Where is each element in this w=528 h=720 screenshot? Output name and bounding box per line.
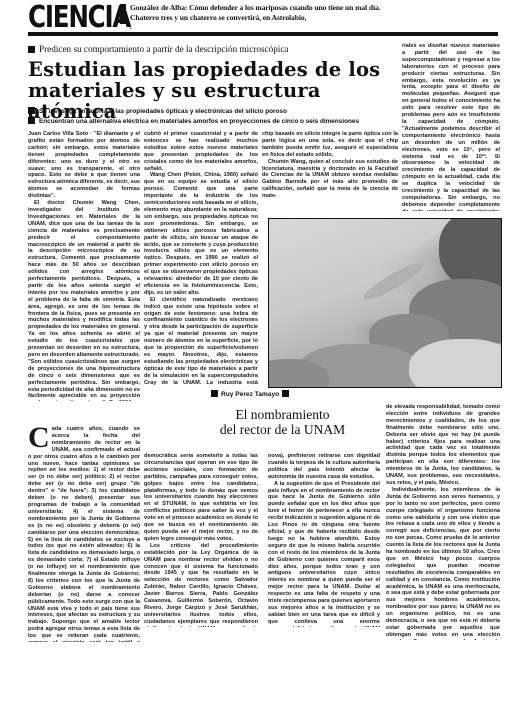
article1-column-3: chip basado en silicio integre la parte …	[262, 131, 398, 211]
article-photo	[268, 218, 502, 388]
article2-headline: El nombramiento del rector de la UNAM	[190, 407, 375, 437]
article2-column-1: C ada cuatro años, cuando se acerca la f…	[28, 426, 140, 642]
drop-cap: C	[28, 426, 50, 450]
square-bullet-icon	[28, 46, 35, 53]
article1-kicker: Predicen su comportamiento a partir de l…	[28, 44, 289, 54]
teaser-line: González de Alba: Cómo defender a los ma…	[130, 3, 510, 13]
article1-deck: Se investiga en la UNAM las propiedades …	[28, 107, 368, 116]
header-rule	[28, 32, 498, 36]
article2-column-2: democrática sería someterlo a todas las …	[144, 453, 258, 627]
square-bullet-icon	[28, 117, 35, 124]
teaser-line: Chaterro tres y un chaterro se convertir…	[130, 13, 510, 23]
article1-column-1: Juan Carlos Villa Soto · "El diamante y …	[28, 131, 140, 401]
section-title-block-icon	[120, 4, 126, 24]
section-title: CIENCIA	[28, 2, 130, 34]
section-teaser: González de Alba: Cómo defender a los ma…	[130, 3, 510, 32]
square-bullet-icon	[211, 390, 218, 397]
article2-column-4: de elevada responsabilidad, tomado como …	[386, 404, 500, 640]
article1-column-2: cubrió el primer cuasicristal y a partir…	[144, 131, 258, 387]
teaser-line: .	[130, 22, 510, 32]
photo-credit: Ruy Pérez Tamayo	[208, 390, 292, 398]
article1-column-4: riales es diseñar nuevos materiales a pa…	[402, 43, 500, 211]
square-bullet-icon	[28, 107, 35, 114]
article1-deck: Encuentran una alternativa eléctrica en …	[28, 117, 368, 126]
square-bullet-icon	[282, 390, 289, 397]
article2-column-3: nova), prefirieron retirarse con dignida…	[268, 453, 380, 627]
